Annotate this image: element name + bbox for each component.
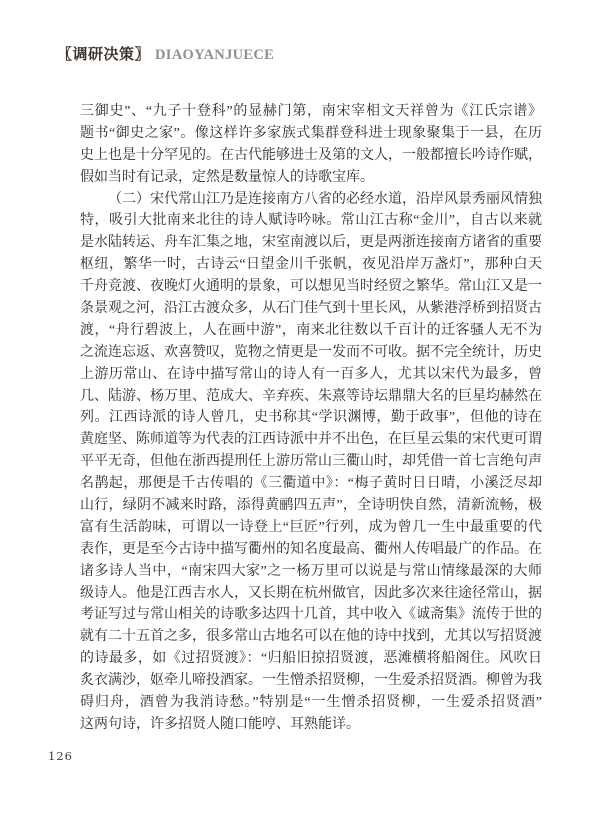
text-line: （二）宋代常山江乃是连接南方八省的必经水道，沿岸风景秀丽风情独 (80, 189, 542, 211)
page-number: 126 (48, 749, 73, 763)
text-line: 列。江西诗派的诗人曾几，史书称其“学识渊博，勤于政事”，但他的诗在 (80, 407, 542, 429)
text-line: 名鹊起，那便是千古传唱的《三衢道中》：“梅子黄时日日晴，小溪泛尽却 (80, 473, 542, 495)
text-line: 特，吸引大批南来北往的诗人赋诗吟咏。常山江古称“金川”，自古以来就 (80, 210, 542, 232)
body-text: 三御史”、“九子十登科”的显赫门第，南宋宰相文天祥曾为《江氏宗谱》题书“御史之家… (80, 101, 542, 736)
text-line: 富有生活韵味，可谓以一诗登上“巨匠”行列，成为曾几一生中最重要的代 (80, 517, 542, 539)
text-line: 考证写过与常山相关的诗歌多达四十几首，其中收入《诚斋集》流传于世的 (80, 604, 542, 626)
header-bracket-title: 〖调研决策〗 (57, 43, 150, 64)
text-line: 是水陆转运、舟车汇集之地，宋室南渡以后，更是两浙连接南方诸省的重要 (80, 232, 542, 254)
text-line: 几、陆游、杨万里、范成大、辛弃疾、朱熹等诗坛鼎鼎大名的巨星均赫然在 (80, 386, 542, 408)
text-line: 炙衣满沙，妪牵儿啼投酒家。一生憎杀招贤柳，一生爱杀招贤酒。柳曾为我 (80, 670, 542, 692)
text-line: 山行，绿阴不减来时路，添得黄鹂四五声”，全诗明快自然，清新流畅，极 (80, 495, 542, 517)
text-line: 之流连忘返、欢喜赞叹，览物之情更是一发而不可收。据不完全统计，历史 (80, 342, 542, 364)
text-line: 渡，“舟行碧波上，人在画中游”，南来北往数以千百计的迁客骚人无不为 (80, 320, 542, 342)
header-subtitle: DIAOYANJUECE (155, 47, 274, 64)
text-line: 这两句诗，许多招贤人随口能哼、耳熟能详。 (80, 714, 542, 736)
text-line: 黄庭坚、陈师道等为代表的江西诗派中并不出色，在巨星云集的宋代更可谓 (80, 429, 542, 451)
text-line: 就有二十五首之多，很多常山古地名可以在他的诗中找到，尤其以写招贤渡 (80, 626, 542, 648)
text-line: 题书“御史之家”。像这样许多家族式集群登科进士现象聚集于一县，在历 (80, 123, 542, 145)
text-line: 条景观之河，沿江古渡众多，从石门佳气到十里长风，从紫港浮桥到招贤古 (80, 298, 542, 320)
text-line: 假如当时有记录，定然是数量惊人的诗歌宝库。 (80, 167, 542, 189)
text-line: 枢纽，繁华一时，古诗云“日望金川千张帆，夜见沿岸万盏灯”，那种白天 (80, 254, 542, 276)
text-line: 诸多诗人当中，“南宋四大家”之一杨万里可以说是与常山情缘最深的大师 (80, 561, 542, 583)
text-line: 级诗人。他是江西吉水人，又长期在杭州做官，因此多次来往途径常山，据 (80, 583, 542, 605)
text-line: 史上也是十分罕见的。在古代能够进士及第的文人，一般都擅长吟诗作赋， (80, 145, 542, 167)
text-line: 三御史”、“九子十登科”的显赫门第，南宋宰相文天祥曾为《江氏宗谱》 (80, 101, 542, 123)
text-line: 表作，更是至今古诗中描写衢州的知名度最高、衢州人传唱最广的作品。在 (80, 539, 542, 561)
text-line: 平平无奇，但他在浙西提刑任上游历常山三衢山时，却凭借一首七言绝句声 (80, 451, 542, 473)
text-line: 千舟竞渡、夜晚灯火通明的景象，可以想见当时经贸之繁华。常山江又是一 (80, 276, 542, 298)
text-line: 上游历常山、在诗中描写常山的诗人有一百多人，尤其以宋代为最多，曾 (80, 364, 542, 386)
document-page: 〖调研决策〗 DIAOYANJUECE 三御史”、“九子十登科”的显赫门第，南宋… (0, 0, 600, 814)
text-line: 碍归舟，酒曾为我消诗愁。”特别是“一生憎杀招贤柳，一生爱杀招贤酒” (80, 692, 542, 714)
text-line: 的诗最多，如《过招贤渡》：“归船旧掠招贤渡，恶滩横将船阁住。风吹日 (80, 648, 542, 670)
page-header: 〖调研决策〗 DIAOYANJUECE (57, 43, 274, 64)
